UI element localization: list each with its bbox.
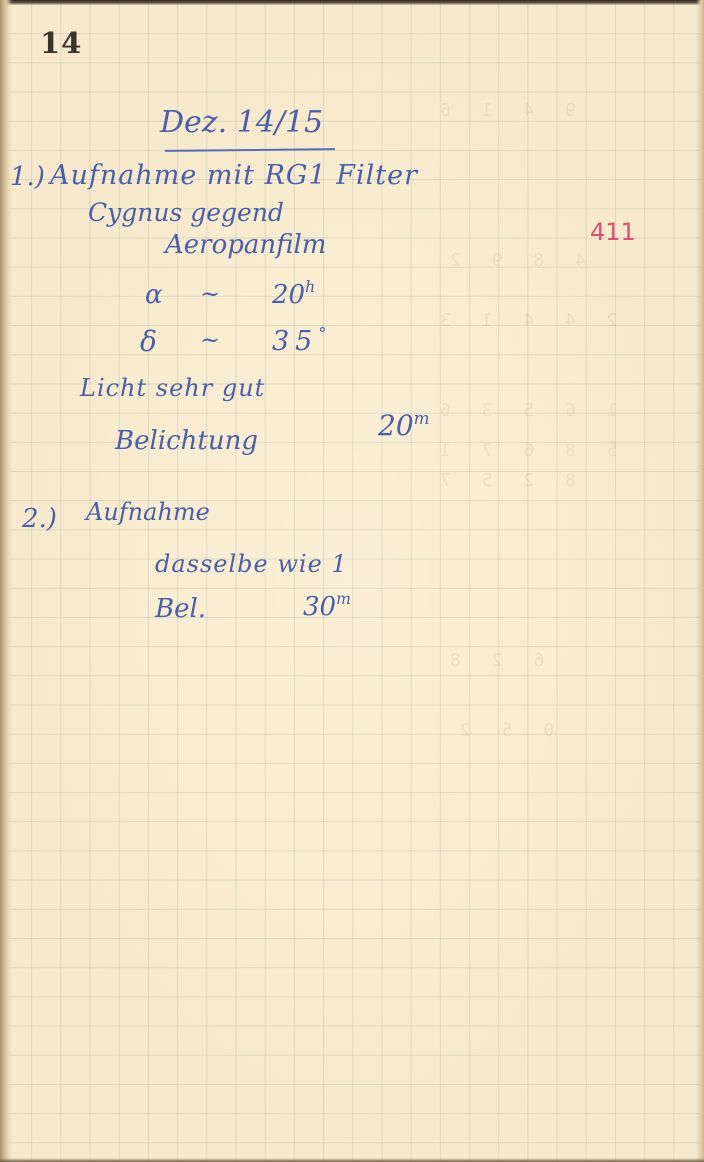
margin-annotation: 411 — [590, 218, 636, 246]
entry-1-line-1: Aufnahme mit RG1 Filter — [50, 162, 418, 189]
page-right-edge — [696, 0, 704, 1162]
bleed-through-texture: 4 8 9 2 — [440, 250, 586, 271]
bleed-through-texture: 1 6 5 3 6 — [430, 400, 618, 421]
bleed-through-texture: 9 4 1 6 — [430, 100, 576, 121]
delta-symbol: δ — [140, 328, 157, 356]
bleed-through-texture: 6 2 8 — [440, 650, 544, 671]
date-underline — [165, 148, 335, 152]
declination-value: 35° — [272, 328, 332, 355]
notebook-page: 9 4 1 6 4 8 9 2 2 4 4 1 3 1 6 5 3 6 5 8 … — [0, 0, 704, 1162]
bleed-through-texture: 5 8 6 7 1 — [430, 440, 618, 461]
bleed-through-texture: 2 4 4 1 3 — [430, 310, 618, 331]
entry-1-exposure-label: Belichtung — [115, 428, 258, 454]
bleed-through-texture: 8 2 5 7 — [430, 470, 576, 491]
entry-1-line-2: Cygnus gegend — [88, 200, 284, 225]
entry-1-line-3: Aeropanfilm — [165, 232, 326, 258]
alpha-approx: ~ — [200, 282, 220, 306]
entry-2-line-2: dasselbe wie 1 — [155, 552, 348, 576]
bleed-through-texture: 0 5 2 — [450, 720, 554, 741]
right-ascension-value: 20h — [272, 282, 315, 308]
entry-2-label: 2.) — [22, 506, 57, 532]
page-top-edge — [0, 0, 704, 5]
page-bottom-edge — [0, 1158, 704, 1162]
degree-unit: ° — [318, 324, 332, 343]
page-number: 14 — [40, 26, 82, 60]
entry-1-note: Licht sehr gut — [80, 376, 265, 400]
delta-approx: ~ — [200, 328, 220, 352]
entry-2-exposure-label: Bel. — [155, 596, 206, 622]
entry-2-line-1: Aufnahme — [86, 500, 210, 524]
entry-date: Dez. 14/15 — [160, 108, 323, 138]
entry-1-label: 1.) — [10, 164, 45, 190]
hour-unit: h — [305, 278, 315, 296]
minute-unit: m — [336, 590, 351, 608]
minute-unit: m — [414, 408, 430, 428]
entry-2-exposure-value: 30m — [303, 594, 351, 620]
alpha-symbol: α — [145, 282, 163, 308]
entry-1-exposure-value: 20m — [378, 412, 430, 440]
